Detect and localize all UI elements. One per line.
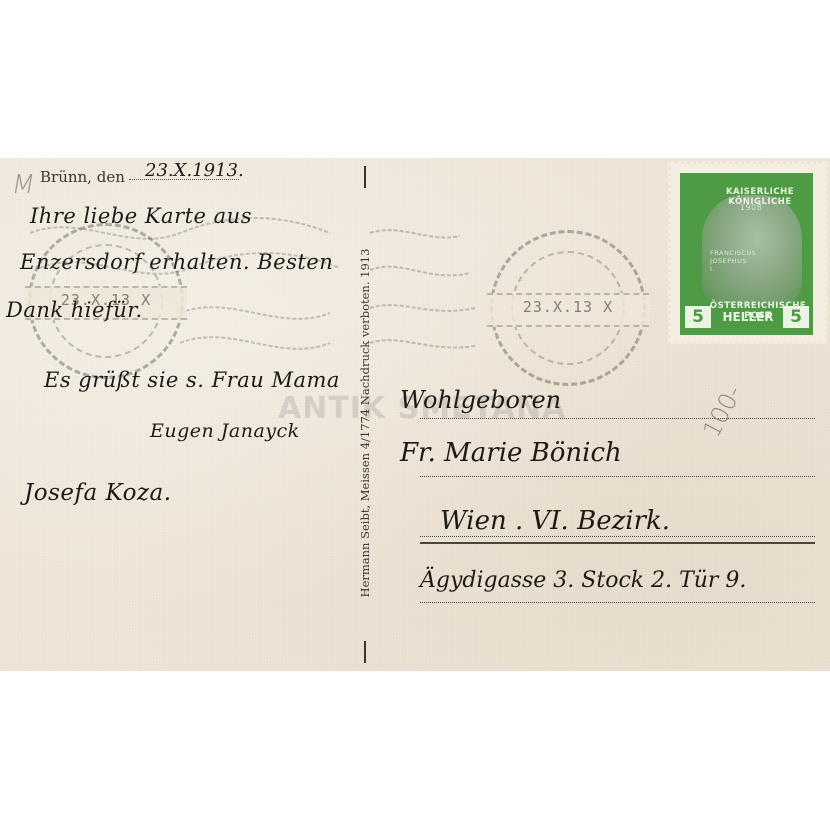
address-line: [420, 418, 815, 419]
publisher-imprint: Hermann Seibt, Meissen 4/1774 Nachdruck …: [358, 193, 372, 653]
address-line: [420, 476, 815, 477]
stamp-emperor-name: FRANCISCUS JOSEPHUS I.: [710, 249, 750, 273]
postage-stamp: KAISERLICHE KÖNIGLICHE ÖSTERREICHISCHE P…: [668, 161, 828, 344]
address-line: [420, 536, 815, 537]
address-underline: [420, 542, 815, 544]
message-line: Enzersdorf erhalten. Besten: [20, 250, 333, 274]
postmark-right: 23.X.13 X: [490, 230, 646, 386]
address-salutation: Wohlgeboren: [400, 386, 561, 414]
stamp-value-right: 5: [783, 306, 809, 328]
address-street: Ägydigasse 3. Stock 2. Tür 9.: [420, 568, 746, 593]
stamp-value-left: 5: [685, 306, 711, 328]
message-area: Ihre liebe Karte aus Enzersdorf erhalten…: [0, 158, 360, 671]
stamp-currency: HELLER: [716, 310, 780, 324]
signature: Josefa Koza.: [24, 480, 172, 506]
address-city: Wien . VI. Bezirk.: [440, 506, 670, 536]
signature: Eugen Janayck: [150, 420, 300, 442]
postcard-back: ANTIK SMETANA 23.X.13 X 23.X.13 X M Brün…: [0, 158, 830, 671]
address-line: [420, 602, 815, 603]
message-line: Ihre liebe Karte aus: [30, 204, 252, 228]
message-line: Dank hiefür.: [6, 298, 143, 322]
divider-rule: [364, 166, 366, 188]
stamp-year: 1908: [740, 203, 762, 212]
message-line: Es grüßt sie s. Frau Mama: [44, 368, 340, 392]
address-recipient: Fr. Marie Bönich: [400, 438, 622, 468]
